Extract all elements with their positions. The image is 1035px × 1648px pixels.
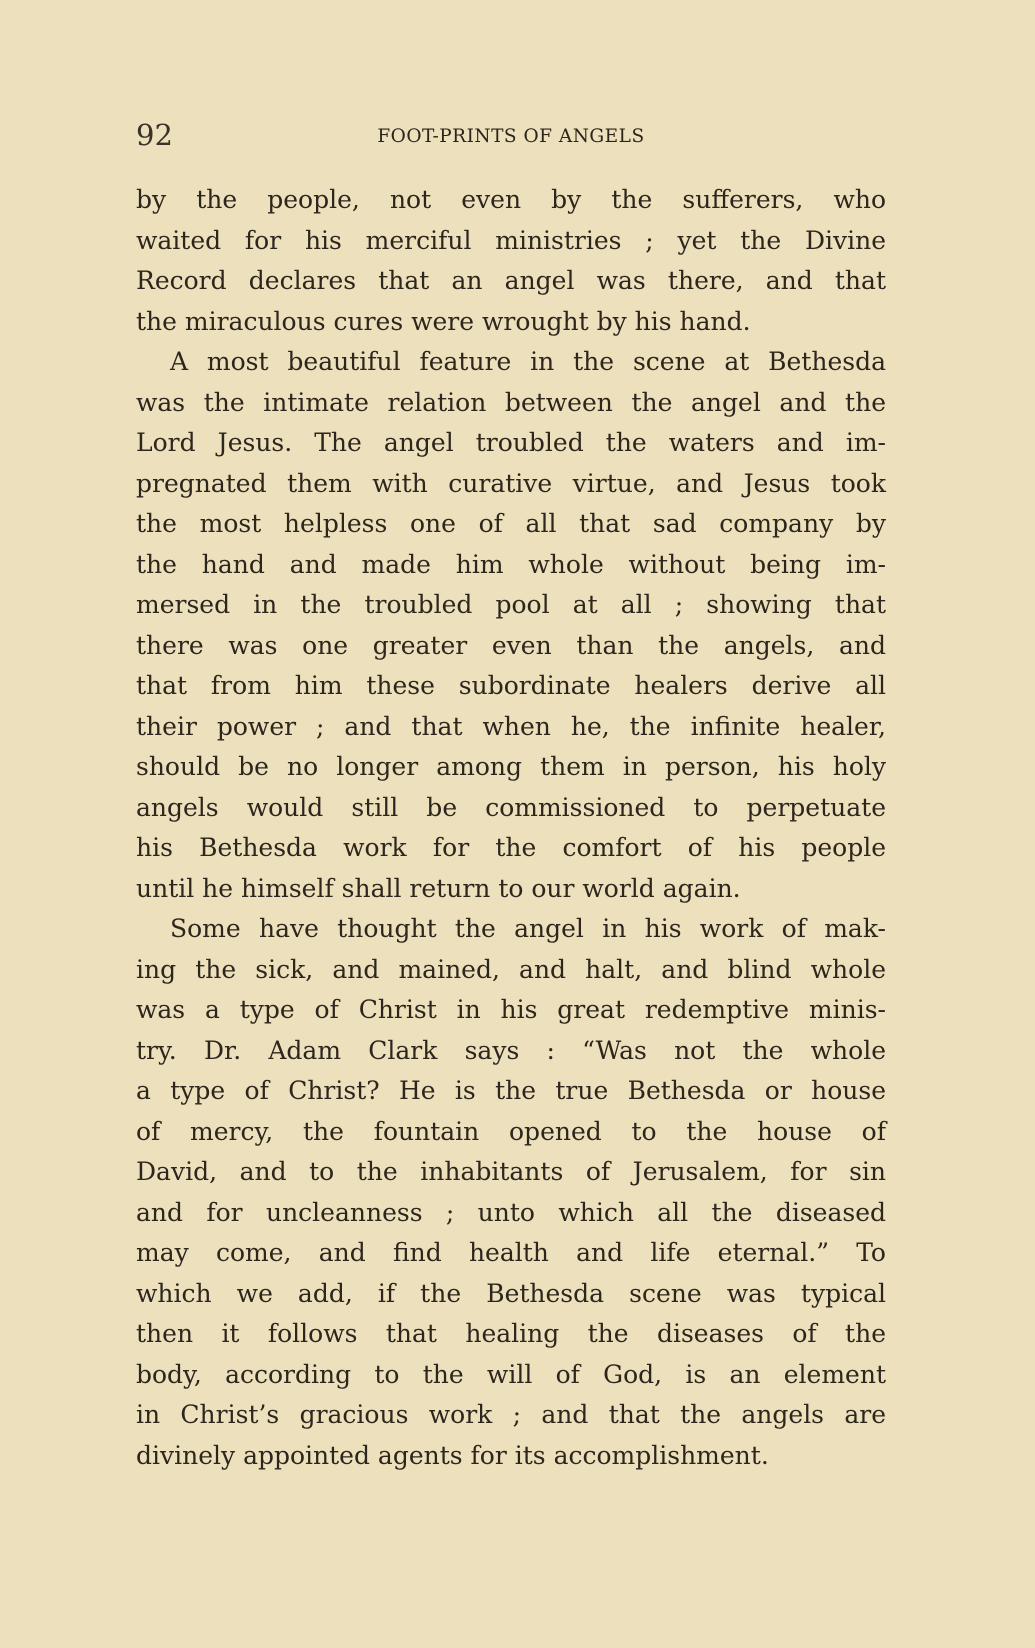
text-line: of mercy, the fountain opened to the hou… xyxy=(136,1112,886,1153)
text-line: that from him these subordinate healers … xyxy=(136,666,886,707)
text-line: his Bethesda work for the comfort of his… xyxy=(136,828,886,869)
text-line: divinely appointed agents for its accomp… xyxy=(136,1436,886,1477)
text-line: until he himself shall return to our wor… xyxy=(136,869,886,910)
text-line: may come, and find health and life etern… xyxy=(136,1233,886,1274)
body-text: by the people, not even by the sufferers… xyxy=(136,180,886,1476)
text-line: pregnated them with curative virtue, and… xyxy=(136,464,886,505)
text-line: the most helpless one of all that sad co… xyxy=(136,504,886,545)
text-line: Lord Jesus. The angel troubled the water… xyxy=(136,423,886,464)
text-line: their power ; and that when he, the infi… xyxy=(136,707,886,748)
text-line: try. Dr. Adam Clark says : “Was not the … xyxy=(136,1031,886,1072)
text-line: Record declares that an angel was there,… xyxy=(136,261,886,302)
text-line: there was one greater even than the ange… xyxy=(136,626,886,667)
text-line: the hand and made him whole without bein… xyxy=(136,545,886,586)
text-line: by the people, not even by the sufferers… xyxy=(136,180,886,221)
text-line: Some have thought the angel in his work … xyxy=(136,909,886,950)
text-line: then it follows that healing the disease… xyxy=(136,1314,886,1355)
text-line: David, and to the inhabitants of Jerusal… xyxy=(136,1152,886,1193)
text-line: should be no longer among them in person… xyxy=(136,747,886,788)
text-line: and for uncleanness ; unto which all the… xyxy=(136,1193,886,1234)
text-line: mersed in the troubled pool at all ; sho… xyxy=(136,585,886,626)
text-line: was the intimate relation between the an… xyxy=(136,383,886,424)
text-line: waited for his merciful ministries ; yet… xyxy=(136,221,886,262)
page-header: 92 FOOT-PRINTS OF ANGELS xyxy=(136,118,886,158)
text-line: a type of Christ? He is the true Bethesd… xyxy=(136,1071,886,1112)
text-line: the miraculous cures were wrought by his… xyxy=(136,302,886,343)
text-line: ing the sick, and mained, and halt, and … xyxy=(136,950,886,991)
text-line: angels would still be commissioned to pe… xyxy=(136,788,886,829)
text-line: A most beautiful feature in the scene at… xyxy=(136,342,886,383)
text-line: in Christ’s gracious work ; and that the… xyxy=(136,1395,886,1436)
text-line: was a type of Christ in his great redemp… xyxy=(136,990,886,1031)
text-line: body, according to the will of God, is a… xyxy=(136,1355,886,1396)
running-title: FOOT-PRINTS OF ANGELS xyxy=(136,126,886,147)
text-line: which we add, if the Bethesda scene was … xyxy=(136,1274,886,1315)
